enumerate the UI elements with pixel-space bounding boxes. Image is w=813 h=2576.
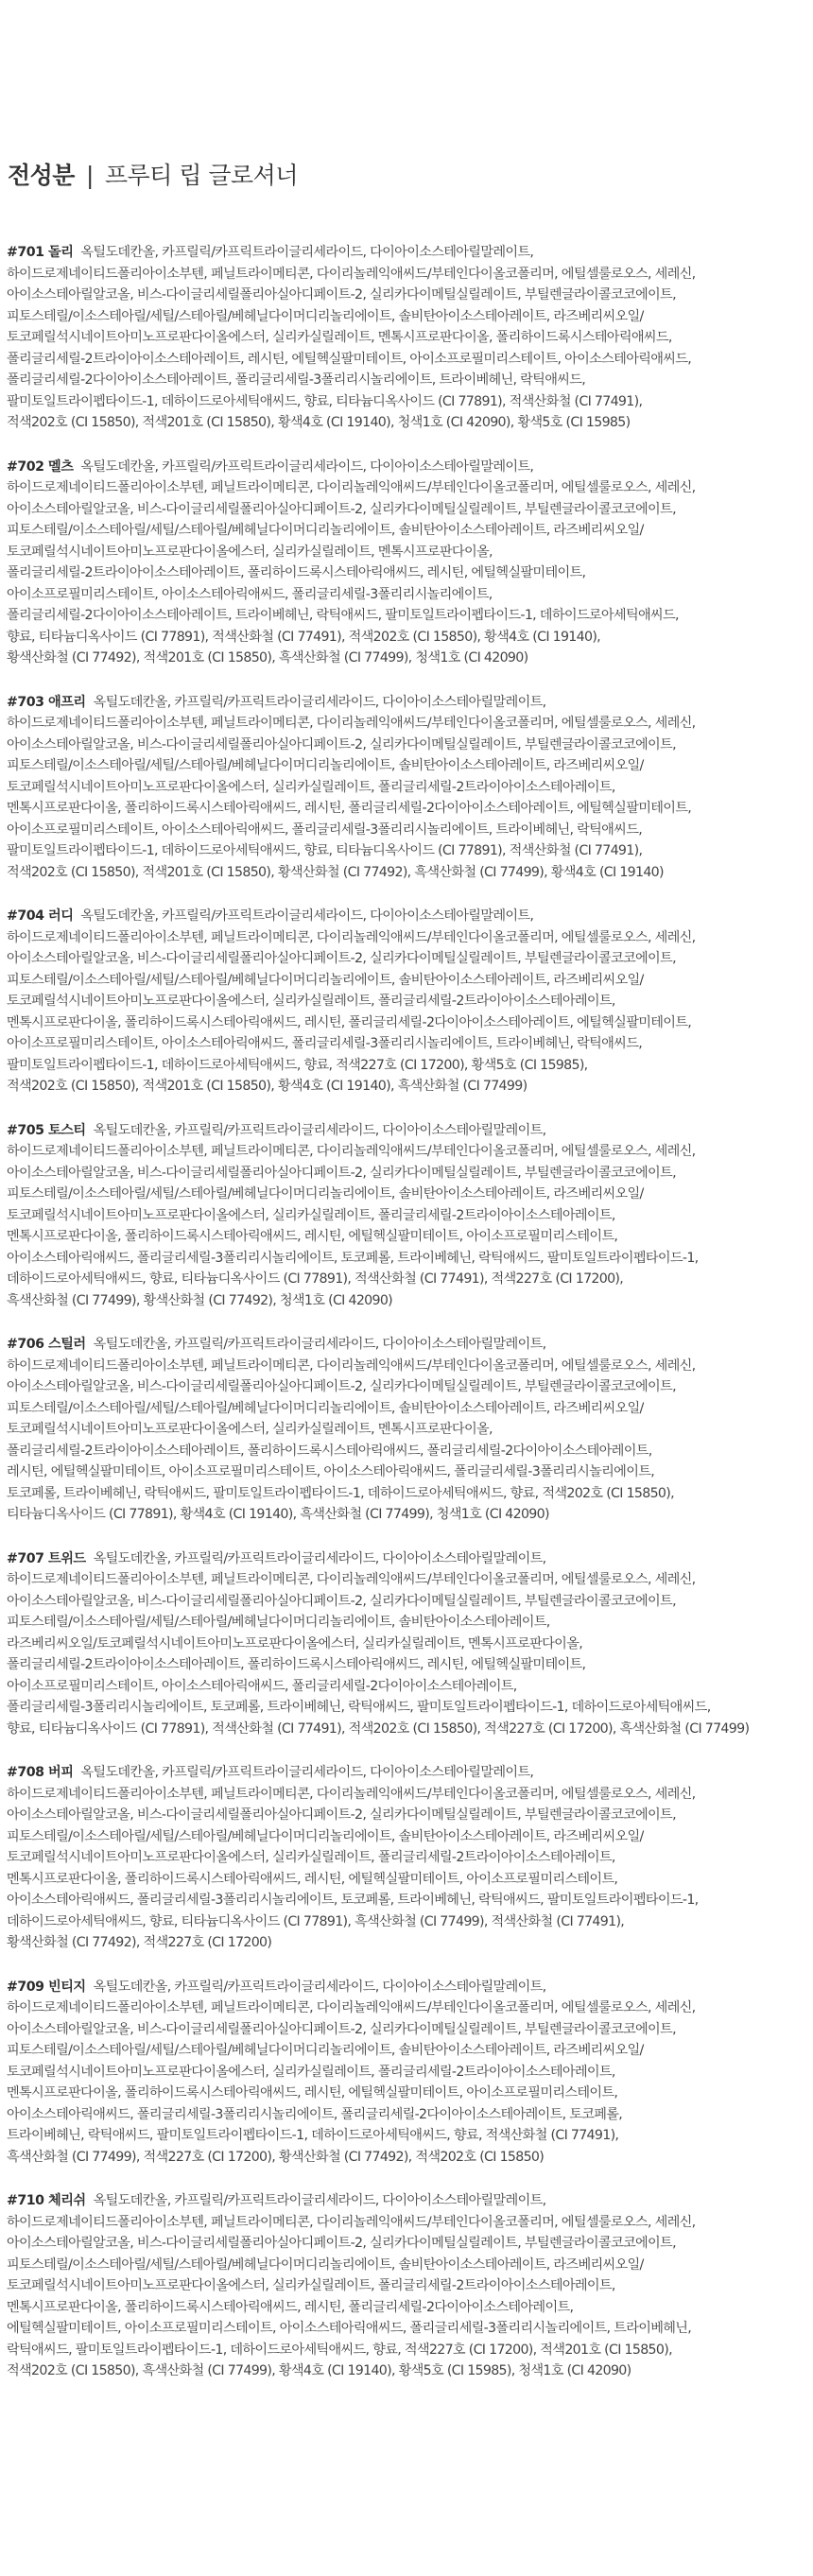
ingredient-item: #702 멜츠옥틸도데칸올, 카프릴릭/카프릭트라이글리세라이드, 다이아이소스… (7, 457, 812, 669)
ingredient-line: 황색산화철 (CI 77492), 적색201호 (CI 15850), 흑색산… (7, 648, 806, 669)
ingredient-line: 트라이베헤닌, 락틱애씨드, 팔미토일트라이펩타이드-1, 데하이드로아세틱애씨… (7, 2125, 806, 2147)
ingredient-text: 적색202호 (CI 15850), 적색201호 (CI 15850), 황색… (7, 415, 630, 430)
ingredient-line: 아이소스테아릴알코올, 비스-다이글리세릴폴리아실아디페이트-2, 실리카다이메… (7, 1591, 806, 1613)
ingredient-line: 피토스테릴/이소스테아릴/세틸/스테아릴/베헤닐다이머디리놀리에이트, 솔비탄아… (7, 2255, 806, 2276)
ingredient-text: 트라이베헤닌, 락틱애씨드, 팔미토일트라이펩타이드-1, 데하이드로아세틱애씨… (7, 2128, 618, 2143)
ingredient-text: 팔미토일트라이펩타이드-1, 데하이드로아세틱애씨드, 향료, 티타늄디옥사이드… (7, 843, 642, 858)
title-separator: | (86, 162, 94, 189)
ingredient-line: 피토스테릴/이소스테아릴/세틸/스테아릴/베헤닐다이머디리놀리에이트, 솔비탄아… (7, 1826, 806, 1848)
ingredient-line: #710 체리쉬옥틸도데칸올, 카프릴릭/카프릭트라이글리세라이드, 다이아이소… (7, 2190, 806, 2212)
ingredient-line: 향료, 티타늄디옥사이드 (CI 77891), 적색산화철 (CI 77491… (7, 627, 806, 648)
ingredient-line: 아이소스테아릴알코올, 비스-다이글리세릴폴리아실아디페이트-2, 실리카다이메… (7, 285, 806, 306)
ingredient-line: #703 애프리옥틸도데칸올, 카프릴릭/카프릭트라이글리세라이드, 다이아이소… (7, 692, 806, 714)
ingredient-text: 하이드로제네이티드폴리아이소부텐, 페닐트라이메티콘, 다이리놀레익애씨드/부테… (7, 1572, 695, 1587)
page-title-product: 프루티 립 글로셔너 (105, 162, 298, 189)
ingredient-text: 토코페릴석시네이트아미노프로판다이올에스터, 실리카실릴레이트, 멘톡시프로판다… (7, 1422, 493, 1437)
shade-code-label: #709 빈티지 (7, 1980, 86, 1995)
ingredient-line: 토코페릴석시네이트아미노프로판다이올에스터, 실리카실릴레이트, 폴리글리세릴-… (7, 777, 806, 799)
ingredient-text: 아이소스테아릴알코올, 비스-다이글리세릴폴리아실아디페이트-2, 실리카다이메… (7, 1807, 676, 1823)
ingredient-line: #704 러디옥틸도데칸올, 카프릴릭/카프릭트라이글리세라이드, 다이아이소스… (7, 906, 806, 927)
ingredient-line: 아이소스테아릴알코올, 비스-다이글리세릴폴리아실아디페이트-2, 실리카다이메… (7, 1805, 806, 1826)
ingredient-line: 데하이드로아세틱애씨드, 향료, 티타늄디옥사이드 (CI 77891), 적색… (7, 1269, 806, 1290)
ingredient-text: 아이소스테아릴알코올, 비스-다이글리세릴폴리아실아디페이트-2, 실리카다이메… (7, 2022, 676, 2037)
ingredient-text: 멘톡시프로판다이올, 폴리하이드록시스테아릭애씨드, 레시틴, 폴리글리세릴-2… (7, 2300, 573, 2315)
ingredient-text: 하이드로제네이티드폴리아이소부텐, 페닐트라이메티콘, 다이리놀레익애씨드/부테… (7, 2000, 695, 2015)
ingredient-text: 아이소스테아릴알코올, 비스-다이글리세릴폴리아실아디페이트-2, 실리카다이메… (7, 502, 676, 517)
shade-code-label: #710 체리쉬 (7, 2193, 86, 2208)
ingredient-line: 토코페릴석시네이트아미노프로판다이올에스터, 실리카실릴레이트, 폴리글리세릴-… (7, 1205, 806, 1227)
ingredient-line: 흑색산화철 (CI 77499), 황색산화철 (CI 77492), 청색1호… (7, 1290, 806, 1312)
ingredient-text: 아이소프로필미리스테이트, 아이소스테아릭애씨드, 폴리글리세릴-3폴리리시놀리… (7, 587, 493, 602)
ingredient-line: 아이소스테아릴알코올, 비스-다이글리세릴폴리아실아디페이트-2, 실리카다이메… (7, 948, 806, 970)
ingredient-line: 하이드로제네이티드폴리아이소부텐, 페닐트라이메티콘, 다이리놀레익애씨드/부테… (7, 264, 806, 285)
ingredient-text: 하이드로제네이티드폴리아이소부텐, 페닐트라이메티콘, 다이리놀레익애씨드/부테… (7, 480, 695, 495)
ingredient-text: 멘톡시프로판다이올, 폴리하이드록시스테아릭애씨드, 레시틴, 에틸헥실팔미테이… (7, 1229, 617, 1244)
ingredient-text: 황색산화철 (CI 77492), 적색227호 (CI 17200) (7, 1935, 271, 1950)
ingredient-text: 피토스테릴/이소스테아릴/세틸/스테아릴/베헤닐다이머디리놀리에이트, 솔비탄아… (7, 758, 644, 773)
ingredient-item: #708 버피옥틸도데칸올, 카프릴릭/카프릭트라이글리세라이드, 다이아이소스… (7, 1762, 812, 1954)
ingredient-line: 흑색산화철 (CI 77499), 적색227호 (CI 17200), 황색산… (7, 2147, 806, 2169)
ingredient-line: 폴리글리세릴-2트라이아이소스테아레이트, 폴리하이드록시스테아릭애씨드, 폴리… (7, 1441, 806, 1462)
ingredient-text: 토코페릴석시네이트아미노프로판다이올에스터, 실리카실릴레이트, 멘톡시프로판다… (7, 330, 672, 345)
ingredient-text: 아이소프로필미리스테이트, 아이소스테아릭애씨드, 폴리글리세릴-2다이아이소스… (7, 1679, 517, 1694)
ingredient-text: 토코페릴석시네이트아미노프로판다이올에스터, 실리카실릴레이트, 폴리글리세릴-… (7, 994, 615, 1009)
ingredient-line: #706 스틸러옥틸도데칸올, 카프릴릭/카프릭트라이글리세라이드, 다이아이소… (7, 1334, 806, 1356)
ingredient-text: 옥틸도데칸올, 카프릴릭/카프릭트라이글리세라이드, 다이아이소스테아릴말레이트… (94, 2193, 546, 2208)
ingredient-text: 라즈베리씨오일/토코페릴석시네이트아미노프로판다이올에스터, 실리카실릴레이트,… (7, 1636, 582, 1651)
ingredient-text: 옥틸도데칸올, 카프릴릭/카프릭트라이글리세라이드, 다이아이소스테아릴말레이트… (94, 1337, 546, 1352)
ingredient-item: #704 러디옥틸도데칸올, 카프릴릭/카프릭트라이글리세라이드, 다이아이소스… (7, 906, 812, 1098)
ingredient-text: 아이소스테아릭애씨드, 폴리글리세릴-3폴리리시놀리에이트, 폴리글리세릴-2다… (7, 2107, 622, 2122)
ingredient-line: 아이소스테아릴알코올, 비스-다이글리세릴폴리아실아디페이트-2, 실리카다이메… (7, 735, 806, 756)
ingredient-text: 폴리글리세릴-2트라이아이소스테아레이트, 폴리하이드록시스테아릭애씨드, 레시… (7, 565, 585, 580)
ingredient-line: 토코페릴석시네이트아미노프로판다이올에스터, 실리카실릴레이트, 폴리글리세릴-… (7, 1847, 806, 1869)
ingredient-text: 폴리글리세릴-2다이아이소스테아레이트, 트라이베헤닌, 락틱애씨드, 팔미토일… (7, 608, 679, 623)
ingredient-line: 멘톡시프로판다이올, 폴리하이드록시스테아릭애씨드, 레시틴, 폴리글리세릴-2… (7, 1012, 806, 1034)
ingredient-text: 레시틴, 에틸헥실팔미테이트, 아이소프로필미리스테이트, 아이소스테아릭애씨드… (7, 1464, 654, 1479)
ingredient-text: 데하이드로아세틱애씨드, 향료, 티타늄디옥사이드 (CI 77891), 흑색… (7, 1914, 624, 1929)
ingredient-line: 아이소스테아릴알코올, 비스-다이글리세릴폴리아실아디페이트-2, 실리카다이메… (7, 2233, 806, 2255)
ingredient-line: 하이드로제네이티드폴리아이소부텐, 페닐트라이메티콘, 다이리놀레익애씨드/부테… (7, 1356, 806, 1377)
ingredient-line: 토코페릴석시네이트아미노프로판다이올에스터, 실리카실릴레이트, 멘톡시프로판다… (7, 327, 806, 349)
ingredient-text: 하이드로제네이티드폴리아이소부텐, 페닐트라이메티콘, 다이리놀레익애씨드/부테… (7, 1787, 695, 1802)
ingredient-text: 폴리글리세릴-3폴리리시놀리에이트, 토코페롤, 트라이베헤닌, 락틱애씨드, … (7, 1700, 711, 1715)
ingredient-text: 옥틸도데칸올, 카프릴릭/카프릭트라이글리세라이드, 다이아이소스테아릴말레이트… (80, 245, 533, 260)
ingredient-line: 팔미토일트라이펩타이드-1, 데하이드로아세틱애씨드, 향료, 적색227호 (… (7, 1055, 806, 1077)
ingredient-text: 락틱애씨드, 팔미토일트라이펩타이드-1, 데하이드로아세틱애씨드, 향료, 적… (7, 2343, 672, 2358)
ingredient-line: 팔미토일트라이펩타이드-1, 데하이드로아세틱애씨드, 향료, 티타늄디옥사이드… (7, 391, 806, 413)
ingredient-text: 흑색산화철 (CI 77499), 황색산화철 (CI 77492), 청색1호… (7, 1293, 392, 1308)
ingredient-line: #707 트위드옥틸도데칸올, 카프릴릭/카프릭트라이글리세라이드, 다이아이소… (7, 1548, 806, 1570)
ingredient-text: 향료, 티타늄디옥사이드 (CI 77891), 적색산화철 (CI 77491… (7, 1721, 749, 1737)
ingredient-text: 아이소스테아릴알코올, 비스-다이글리세릴폴리아실아디페이트-2, 실리카다이메… (7, 1379, 676, 1394)
ingredient-line: 향료, 티타늄디옥사이드 (CI 77891), 적색산화철 (CI 77491… (7, 1719, 806, 1740)
ingredient-text: 멘톡시프로판다이올, 폴리하이드록시스테아릭애씨드, 레시틴, 에틸헥실팔미테이… (7, 2085, 617, 2101)
ingredient-text: 피토스테릴/이소스테아릴/세틸/스테아릴/베헤닐다이머디리놀리에이트, 솔비탄아… (7, 1401, 644, 1416)
ingredient-text: 폴리글리세릴-2트라이아이소스테아레이트, 폴리하이드록시스테아릭애씨드, 레시… (7, 1657, 585, 1672)
ingredient-line: 폴리글리세릴-3폴리리시놀리에이트, 토코페롤, 트라이베헤닌, 락틱애씨드, … (7, 1697, 806, 1719)
ingredient-line: 토코페릴석시네이트아미노프로판다이올에스터, 실리카실릴레이트, 폴리글리세릴-… (7, 2275, 806, 2297)
ingredient-item: #706 스틸러옥틸도데칸올, 카프릴릭/카프릭트라이글리세라이드, 다이아이소… (7, 1334, 812, 1526)
ingredient-line: 멘톡시프로판다이올, 폴리하이드록시스테아릭애씨드, 레시틴, 에틸헥실팔미테이… (7, 2083, 806, 2104)
ingredient-text: 피토스테릴/이소스테아릴/세틸/스테아릴/베헤닐다이머디리놀리에이트, 솔비탄아… (7, 2043, 644, 2058)
ingredient-line: 피토스테릴/이소스테아릴/세틸/스테아릴/베헤닐다이머디리놀리에이트, 솔비탄아… (7, 970, 806, 992)
ingredient-line: #705 토스티옥틸도데칸올, 카프릴릭/카프릭트라이글리세라이드, 다이아이소… (7, 1120, 806, 1142)
ingredient-line: 에틸헥실팔미테이트, 아이소프로필미리스테이트, 아이소스테아릭애씨드, 폴리글… (7, 2318, 806, 2340)
ingredient-text: 옥틸도데칸올, 카프릴릭/카프릭트라이글리세라이드, 다이아이소스테아릴말레이트… (94, 1123, 546, 1138)
ingredient-text: 팔미토일트라이펩타이드-1, 데하이드로아세틱애씨드, 향료, 티타늄디옥사이드… (7, 394, 642, 409)
ingredient-text: 피토스테릴/이소스테아릴/세틸/스테아릴/베헤닐다이머디리놀리에이트, 솔비탄아… (7, 1829, 644, 1844)
ingredient-text: 아이소스테아릴알코올, 비스-다이글리세릴폴리아실아디페이트-2, 실리카다이메… (7, 287, 676, 303)
ingredient-line: 하이드로제네이티드폴리아이소부텐, 페닐트라이메티콘, 다이리놀레익애씨드/부테… (7, 1997, 806, 2019)
ingredient-line: 적색202호 (CI 15850), 흑색산화철 (CI 77499), 황색4… (7, 2360, 806, 2382)
ingredient-text: 피토스테릴/이소스테아릴/세틸/스테아릴/베헤닐다이머디리놀리에이트, 솔비탄아… (7, 309, 644, 324)
ingredient-text: 피토스테릴/이소스테아릴/세틸/스테아릴/베헤닐다이머디리놀리에이트, 솔비탄아… (7, 2257, 644, 2273)
ingredient-text: 멘톡시프로판다이올, 폴리하이드록시스테아릭애씨드, 레시틴, 폴리글리세릴-2… (7, 801, 691, 816)
ingredient-text: 하이드로제네이티드폴리아이소부텐, 페닐트라이메티콘, 다이리놀레익애씨드/부테… (7, 930, 695, 945)
ingredient-line: 토코페릴석시네이트아미노프로판다이올에스터, 실리카실릴레이트, 멘톡시프로판다… (7, 1419, 806, 1441)
ingredient-line: 아이소스테아릭애씨드, 폴리글리세릴-3폴리리시놀리에이트, 토코페롤, 트라이… (7, 1890, 806, 1911)
ingredient-line: 라즈베리씨오일/토코페릴석시네이트아미노프로판다이올에스터, 실리카실릴레이트,… (7, 1634, 806, 1655)
ingredient-line: 피토스테릴/이소스테아릴/세틸/스테아릴/베헤닐다이머디리놀리에이트, 솔비탄아… (7, 755, 806, 777)
ingredient-line: 토코페릴석시네이트아미노프로판다이올에스터, 실리카실릴레이트, 폴리글리세릴-… (7, 2062, 806, 2083)
ingredient-line: 아이소스테아릴알코올, 비스-다이글리세릴폴리아실아디페이트-2, 실리카다이메… (7, 499, 806, 521)
ingredient-line: 데하이드로아세틱애씨드, 향료, 티타늄디옥사이드 (CI 77891), 흑색… (7, 1911, 806, 1933)
ingredient-line: 토코페릴석시네이트아미노프로판다이올에스터, 실리카실릴레이트, 폴리글리세릴-… (7, 991, 806, 1012)
ingredient-text: 에틸헥실팔미테이트, 아이소프로필미리스테이트, 아이소스테아릭애씨드, 폴리글… (7, 2321, 691, 2336)
ingredient-line: 하이드로제네이티드폴리아이소부텐, 페닐트라이메티콘, 다이리놀레익애씨드/부테… (7, 713, 806, 735)
shade-code-label: #705 토스티 (7, 1123, 86, 1138)
ingredient-text: 토코페릴석시네이트아미노프로판다이올에스터, 실리카실릴레이트, 폴리글리세릴-… (7, 2278, 615, 2293)
ingredient-line: 아이소스테아릴알코올, 비스-다이글리세릴폴리아실아디페이트-2, 실리카다이메… (7, 1163, 806, 1184)
ingredient-line: 토코페릴석시네이트아미노프로판다이올에스터, 실리카실릴레이트, 멘톡시프로판다… (7, 542, 806, 563)
ingredient-line: 팔미토일트라이펩타이드-1, 데하이드로아세틱애씨드, 향료, 티타늄디옥사이드… (7, 840, 806, 862)
ingredient-line: 피토스테릴/이소스테아릴/세틸/스테아릴/베헤닐다이머디리놀리에이트, 솔비탄아… (7, 1184, 806, 1205)
ingredient-text: 아이소스테아릴알코올, 비스-다이글리세릴폴리아실아디페이트-2, 실리카다이메… (7, 1594, 676, 1609)
ingredient-text: 데하이드로아세틱애씨드, 향료, 티타늄디옥사이드 (CI 77891), 적색… (7, 1271, 623, 1287)
ingredient-line: 하이드로제네이티드폴리아이소부텐, 페닐트라이메티콘, 다이리놀레익애씨드/부테… (7, 1569, 806, 1591)
shade-code-label: #702 멜츠 (7, 459, 73, 475)
ingredient-text: 아이소프로필미리스테이트, 아이소스테아릭애씨드, 폴리글리세릴-3폴리리시놀리… (7, 1036, 642, 1051)
ingredient-text: 하이드로제네이티드폴리아이소부텐, 페닐트라이메티콘, 다이리놀레익애씨드/부테… (7, 2215, 695, 2230)
ingredient-line: 토코페롤, 트라이베헤닌, 락틱애씨드, 팔미토일트라이펩타이드-1, 데하이드… (7, 1483, 806, 1505)
ingredient-item: #709 빈티지옥틸도데칸올, 카프릴릭/카프릭트라이글리세라이드, 다이아이소… (7, 1977, 812, 2169)
ingredient-line: 피토스테릴/이소스테아릴/세틸/스테아릴/베헤닐다이머디리놀리에이트, 솔비탄아… (7, 1612, 806, 1634)
ingredient-line: 하이드로제네이티드폴리아이소부텐, 페닐트라이메티콘, 다이리놀레익애씨드/부테… (7, 2212, 806, 2234)
ingredient-line: 피토스테릴/이소스테아릴/세틸/스테아릴/베헤닐다이머디리놀리에이트, 솔비탄아… (7, 1398, 806, 1420)
ingredient-text: 하이드로제네이티드폴리아이소부텐, 페닐트라이메티콘, 다이리놀레익애씨드/부테… (7, 716, 695, 731)
ingredient-line: 적색202호 (CI 15850), 적색201호 (CI 15850), 황색… (7, 1076, 806, 1098)
ingredient-text: 피토스테릴/이소스테아릴/세틸/스테아릴/베헤닐다이머디리놀리에이트, 솔비탄아… (7, 523, 644, 538)
ingredient-line: 폴리글리세릴-2다이아이소스테아레이트, 폴리글리세릴-3폴리리시놀리에이트, … (7, 370, 806, 391)
ingredient-line: 피토스테릴/이소스테아릴/세틸/스테아릴/베헤닐다이머디리놀리에이트, 솔비탄아… (7, 306, 806, 328)
ingredient-text: 옥틸도데칸올, 카프릴릭/카프릭트라이글리세라이드, 다이아이소스테아릴말레이트… (80, 459, 533, 475)
ingredient-line: 티타늄디옥사이드 (CI 77891), 황색4호 (CI 19140), 흑색… (7, 1504, 806, 1526)
ingredient-text: 하이드로제네이티드폴리아이소부텐, 페닐트라이메티콘, 다이리놀레익애씨드/부테… (7, 267, 695, 282)
ingredient-text: 하이드로제네이티드폴리아이소부텐, 페닐트라이메티콘, 다이리놀레익애씨드/부테… (7, 1144, 695, 1159)
ingredient-line: 락틱애씨드, 팔미토일트라이펩타이드-1, 데하이드로아세틱애씨드, 향료, 적… (7, 2340, 806, 2361)
ingredient-line: #709 빈티지옥틸도데칸올, 카프릴릭/카프릭트라이글리세라이드, 다이아이소… (7, 1977, 806, 1998)
ingredient-text: 아이소스테아릴알코올, 비스-다이글리세릴폴리아실아디페이트-2, 실리카다이메… (7, 737, 676, 752)
ingredient-line: 폴리글리세릴-2트라이아이소스테아레이트, 폴리하이드록시스테아릭애씨드, 레시… (7, 1654, 806, 1676)
ingredient-line: #701 돌리옥틸도데칸올, 카프릴릭/카프릭트라이글리세라이드, 다이아이소스… (7, 242, 806, 264)
ingredient-text: 아이소스테아릴알코올, 비스-다이글리세릴폴리아실아디페이트-2, 실리카다이메… (7, 1166, 676, 1181)
page-title: 전성분|프루티 립 글로셔너 (8, 157, 298, 191)
ingredient-line: 아이소스테아릭애씨드, 폴리글리세릴-3폴리리시놀리에이트, 토코페롤, 트라이… (7, 1248, 806, 1270)
ingredient-item: #703 애프리옥틸도데칸올, 카프릴릭/카프릭트라이글리세라이드, 다이아이소… (7, 692, 812, 884)
shade-code-label: #704 러디 (7, 908, 73, 924)
ingredient-item: #705 토스티옥틸도데칸올, 카프릴릭/카프릭트라이글리세라이드, 다이아이소… (7, 1120, 812, 1312)
ingredient-text: 토코페릴석시네이트아미노프로판다이올에스터, 실리카실릴레이트, 폴리글리세릴-… (7, 780, 615, 795)
ingredient-text: 적색202호 (CI 15850), 흑색산화철 (CI 77499), 황색4… (7, 2363, 631, 2378)
ingredient-text: 옥틸도데칸올, 카프릴릭/카프릭트라이글리세라이드, 다이아이소스테아릴말레이트… (80, 908, 533, 924)
ingredient-text: 토코페릴석시네이트아미노프로판다이올에스터, 실리카실릴레이트, 폴리글리세릴-… (7, 1208, 615, 1223)
ingredient-text: 토코페롤, 트라이베헤닌, 락틱애씨드, 팔미토일트라이펩타이드-1, 데하이드… (7, 1486, 674, 1501)
shade-code-label: #703 애프리 (7, 695, 86, 710)
ingredient-item: #710 체리쉬옥틸도데칸올, 카프릴릭/카프릭트라이글리세라이드, 다이아이소… (7, 2190, 812, 2382)
ingredient-text: 아이소스테아릴알코올, 비스-다이글리세릴폴리아실아디페이트-2, 실리카다이메… (7, 2236, 676, 2251)
ingredient-text: 황색산화철 (CI 77492), 적색201호 (CI 15850), 흑색산… (7, 650, 528, 666)
ingredient-text: 옥틸도데칸올, 카프릴릭/카프릭트라이글리세라이드, 다이아이소스테아릴말레이트… (80, 1765, 533, 1780)
ingredient-text: 아이소스테아릴알코올, 비스-다이글리세릴폴리아실아디페이트-2, 실리카다이메… (7, 951, 676, 966)
shade-code-label: #707 트위드 (7, 1551, 86, 1566)
ingredient-line: 피토스테릴/이소스테아릴/세틸/스테아릴/베헤닐다이머디리놀리에이트, 솔비탄아… (7, 520, 806, 542)
ingredient-line: 레시틴, 에틸헥실팔미테이트, 아이소프로필미리스테이트, 아이소스테아릭애씨드… (7, 1461, 806, 1483)
ingredient-line: 적색202호 (CI 15850), 적색201호 (CI 15850), 황색… (7, 862, 806, 884)
ingredient-line: 멘톡시프로판다이올, 폴리하이드록시스테아릭애씨드, 레시틴, 에틸헥실팔미테이… (7, 1226, 806, 1248)
ingredient-text: 하이드로제네이티드폴리아이소부텐, 페닐트라이메티콘, 다이리놀레익애씨드/부테… (7, 1358, 695, 1374)
ingredient-line: 아이소프로필미리스테이트, 아이소스테아릭애씨드, 폴리글리세릴-2다이아이소스… (7, 1676, 806, 1698)
page-title-main: 전성분 (8, 162, 75, 189)
ingredient-text: 폴리글리세릴-2트라이아이소스테아레이트, 폴리하이드록시스테아릭애씨드, 폴리… (7, 1444, 652, 1459)
ingredient-line: 멘톡시프로판다이올, 폴리하이드록시스테아릭애씨드, 레시틴, 폴리글리세릴-2… (7, 2297, 806, 2319)
ingredient-text: 티타늄디옥사이드 (CI 77891), 황색4호 (CI 19140), 흑색… (7, 1507, 549, 1522)
ingredient-line: 적색202호 (CI 15850), 적색201호 (CI 15850), 황색… (7, 412, 806, 434)
shade-code-label: #708 버피 (7, 1765, 73, 1780)
ingredient-text: 토코페릴석시네이트아미노프로판다이올에스터, 실리카실릴레이트, 폴리글리세릴-… (7, 2065, 615, 2080)
ingredient-text: 적색202호 (CI 15850), 적색201호 (CI 15850), 황색… (7, 1079, 527, 1094)
ingredient-text: 피토스테릴/이소스테아릴/세틸/스테아릴/베헤닐다이머디리놀리에이트, 솔비탄아… (7, 1186, 644, 1202)
ingredient-text: 옥틸도데칸올, 카프릴릭/카프릭트라이글리세라이드, 다이아이소스테아릴말레이트… (94, 1551, 546, 1566)
ingredient-line: 아이소스테아릴알코올, 비스-다이글리세릴폴리아실아디페이트-2, 실리카다이메… (7, 2019, 806, 2041)
ingredient-text: 폴리글리세릴-2트라이아이소스테아레이트, 레시틴, 에틸헥실팔미테이트, 아이… (7, 352, 691, 367)
ingredient-line: 하이드로제네이티드폴리아이소부텐, 페닐트라이메티콘, 다이리놀레익애씨드/부테… (7, 1141, 806, 1163)
ingredient-text: 피토스테릴/이소스테아릴/세틸/스테아릴/베헤닐다이머디리놀리에이트, 솔비탄아… (7, 973, 644, 988)
ingredient-text: 아이소스테아릭애씨드, 폴리글리세릴-3폴리리시놀리에이트, 토코페롤, 트라이… (7, 1893, 698, 1908)
ingredient-line: #702 멜츠옥틸도데칸올, 카프릴릭/카프릭트라이글리세라이드, 다이아이소스… (7, 457, 806, 478)
ingredient-text: 옥틸도데칸올, 카프릴릭/카프릭트라이글리세라이드, 다이아이소스테아릴말레이트… (94, 1980, 546, 1995)
ingredient-text: 피토스테릴/이소스테아릴/세틸/스테아릴/베헤닐다이머디리놀리에이트, 솔비탄아… (7, 1615, 550, 1630)
ingredient-item: #707 트위드옥틸도데칸올, 카프릴릭/카프릭트라이글리세라이드, 다이아이소… (7, 1548, 812, 1740)
ingredient-text: 폴리글리세릴-2다이아이소스테아레이트, 폴리글리세릴-3폴리리시놀리에이트, … (7, 372, 585, 388)
ingredient-text: 아이소프로필미리스테이트, 아이소스테아릭애씨드, 폴리글리세릴-3폴리리시놀리… (7, 822, 642, 838)
ingredient-line: 아이소프로필미리스테이트, 아이소스테아릭애씨드, 폴리글리세릴-3폴리리시놀리… (7, 584, 806, 606)
ingredient-line: 아이소스테아릴알코올, 비스-다이글리세릴폴리아실아디페이트-2, 실리카다이메… (7, 1376, 806, 1398)
ingredient-line: 아이소프로필미리스테이트, 아이소스테아릭애씨드, 폴리글리세릴-3폴리리시놀리… (7, 820, 806, 841)
ingredient-line: 폴리글리세릴-2트라이아이소스테아레이트, 레시틴, 에틸헥실팔미테이트, 아이… (7, 349, 806, 371)
ingredient-text: 토코페릴석시네이트아미노프로판다이올에스터, 실리카실릴레이트, 폴리글리세릴-… (7, 1850, 615, 1865)
ingredient-line: 멘톡시프로판다이올, 폴리하이드록시스테아릭애씨드, 레시틴, 에틸헥실팔미테이… (7, 1869, 806, 1891)
ingredient-line: 아이소프로필미리스테이트, 아이소스테아릭애씨드, 폴리글리세릴-3폴리리시놀리… (7, 1033, 806, 1055)
ingredient-line: 황색산화철 (CI 77492), 적색227호 (CI 17200) (7, 1932, 806, 1954)
ingredient-text: 토코페릴석시네이트아미노프로판다이올에스터, 실리카실릴레이트, 멘톡시프로판다… (7, 545, 493, 560)
ingredient-line: 피토스테릴/이소스테아릴/세틸/스테아릴/베헤닐다이머디리놀리에이트, 솔비탄아… (7, 2040, 806, 2062)
ingredient-line: #708 버피옥틸도데칸올, 카프릴릭/카프릭트라이글리세라이드, 다이아이소스… (7, 1762, 806, 1784)
ingredient-text: 옥틸도데칸올, 카프릴릭/카프릭트라이글리세라이드, 다이아이소스테아릴말레이트… (94, 695, 546, 710)
ingredient-list: #701 돌리옥틸도데칸올, 카프릴릭/카프릭트라이글리세라이드, 다이아이소스… (7, 242, 812, 2405)
ingredient-line: 멘톡시프로판다이올, 폴리하이드록시스테아릭애씨드, 레시틴, 폴리글리세릴-2… (7, 798, 806, 820)
ingredient-text: 흑색산화철 (CI 77499), 적색227호 (CI 17200), 황색산… (7, 2150, 544, 2165)
ingredient-text: 향료, 티타늄디옥사이드 (CI 77891), 적색산화철 (CI 77491… (7, 630, 600, 645)
ingredient-text: 멘톡시프로판다이올, 폴리하이드록시스테아릭애씨드, 레시틴, 폴리글리세릴-2… (7, 1015, 691, 1030)
ingredient-text: 적색202호 (CI 15850), 적색201호 (CI 15850), 황색… (7, 865, 664, 880)
ingredient-line: 아이소스테아릭애씨드, 폴리글리세릴-3폴리리시놀리에이트, 폴리글리세릴-2다… (7, 2104, 806, 2126)
ingredient-line: 폴리글리세릴-2트라이아이소스테아레이트, 폴리하이드록시스테아릭애씨드, 레시… (7, 562, 806, 584)
shade-code-label: #706 스틸러 (7, 1337, 86, 1352)
shade-code-label: #701 돌리 (7, 245, 73, 260)
ingredient-text: 팔미토일트라이펩타이드-1, 데하이드로아세틱애씨드, 향료, 적색227호 (… (7, 1058, 587, 1073)
ingredient-item: #701 돌리옥틸도데칸올, 카프릴릭/카프릭트라이글리세라이드, 다이아이소스… (7, 242, 812, 434)
ingredient-text: 아이소스테아릭애씨드, 폴리글리세릴-3폴리리시놀리에이트, 토코페롤, 트라이… (7, 1251, 698, 1266)
ingredient-line: 하이드로제네이티드폴리아이소부텐, 페닐트라이메티콘, 다이리놀레익애씨드/부테… (7, 477, 806, 499)
ingredient-line: 하이드로제네이티드폴리아이소부텐, 페닐트라이메티콘, 다이리놀레익애씨드/부테… (7, 927, 806, 949)
ingredient-text: 멘톡시프로판다이올, 폴리하이드록시스테아릭애씨드, 레시틴, 에틸헥실팔미테이… (7, 1872, 617, 1887)
ingredient-line: 폴리글리세릴-2다이아이소스테아레이트, 트라이베헤닌, 락틱애씨드, 팔미토일… (7, 605, 806, 627)
ingredient-line: 하이드로제네이티드폴리아이소부텐, 페닐트라이메티콘, 다이리놀레익애씨드/부테… (7, 1784, 806, 1806)
